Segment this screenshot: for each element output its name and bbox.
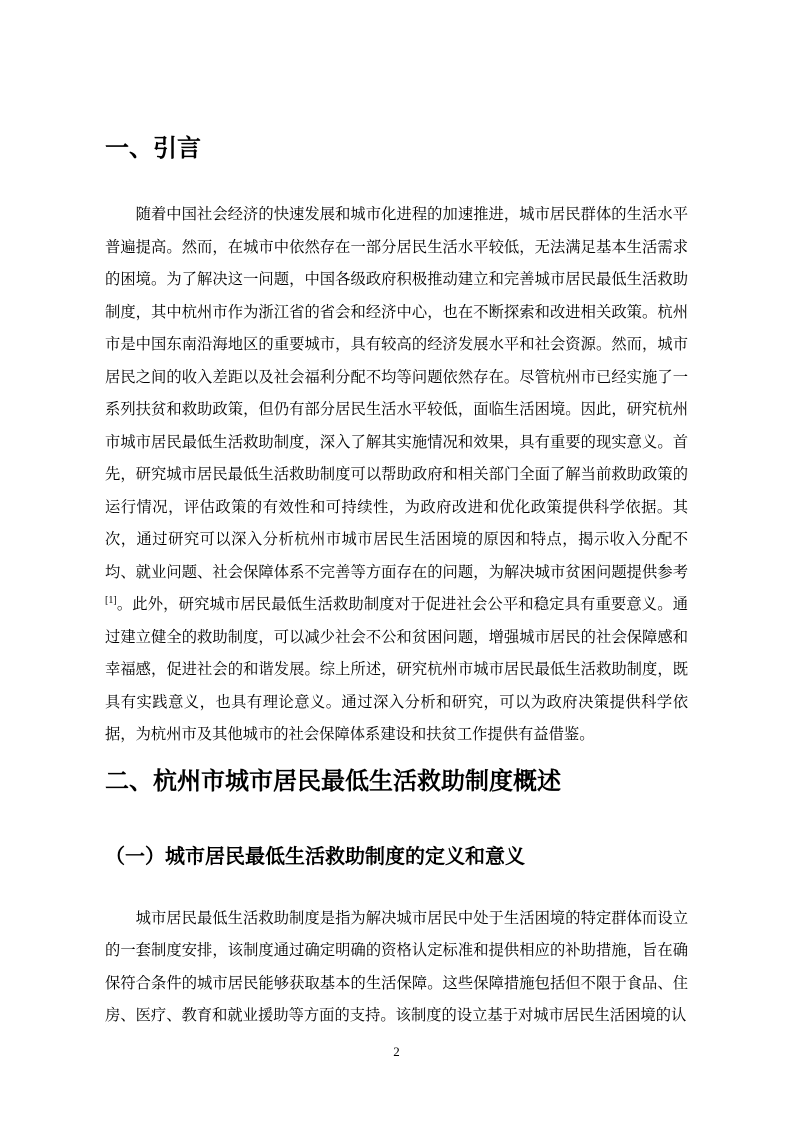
- section-heading-overview: 二、杭州市城市居民最低生活救助制度概述: [105, 767, 688, 797]
- subsection-heading-definition-and-significance: （一）城市居民最低生活救助制度的定义和意义: [105, 844, 688, 870]
- document-page: 一、引言 随着中国社会经济的快速发展和城市化进程的加速推进，城市居民群体的生活水…: [0, 0, 793, 1122]
- section-heading-introduction: 一、引言: [105, 134, 688, 164]
- introduction-paragraph-text-after-citation: 。此外，研究城市居民最低生活救助制度对于促进社会公平和稳定具有重要意义。通过建立…: [105, 596, 688, 743]
- definition-paragraph: 城市居民最低生活救助制度是指为解决城市居民中处于生活困境的特定群体而设立的一套制…: [105, 903, 688, 1033]
- page-number: 2: [0, 1044, 793, 1060]
- introduction-paragraph-text-before-citation: 随着中国社会经济的快速发展和城市化进程的加速推进，城市居民群体的生活水平普遍提高…: [105, 206, 688, 581]
- introduction-paragraph: 随着中国社会经济的快速发展和城市化进程的加速推进，城市居民群体的生活水平普遍提高…: [105, 199, 688, 752]
- citation-reference-1: [1]: [105, 595, 117, 606]
